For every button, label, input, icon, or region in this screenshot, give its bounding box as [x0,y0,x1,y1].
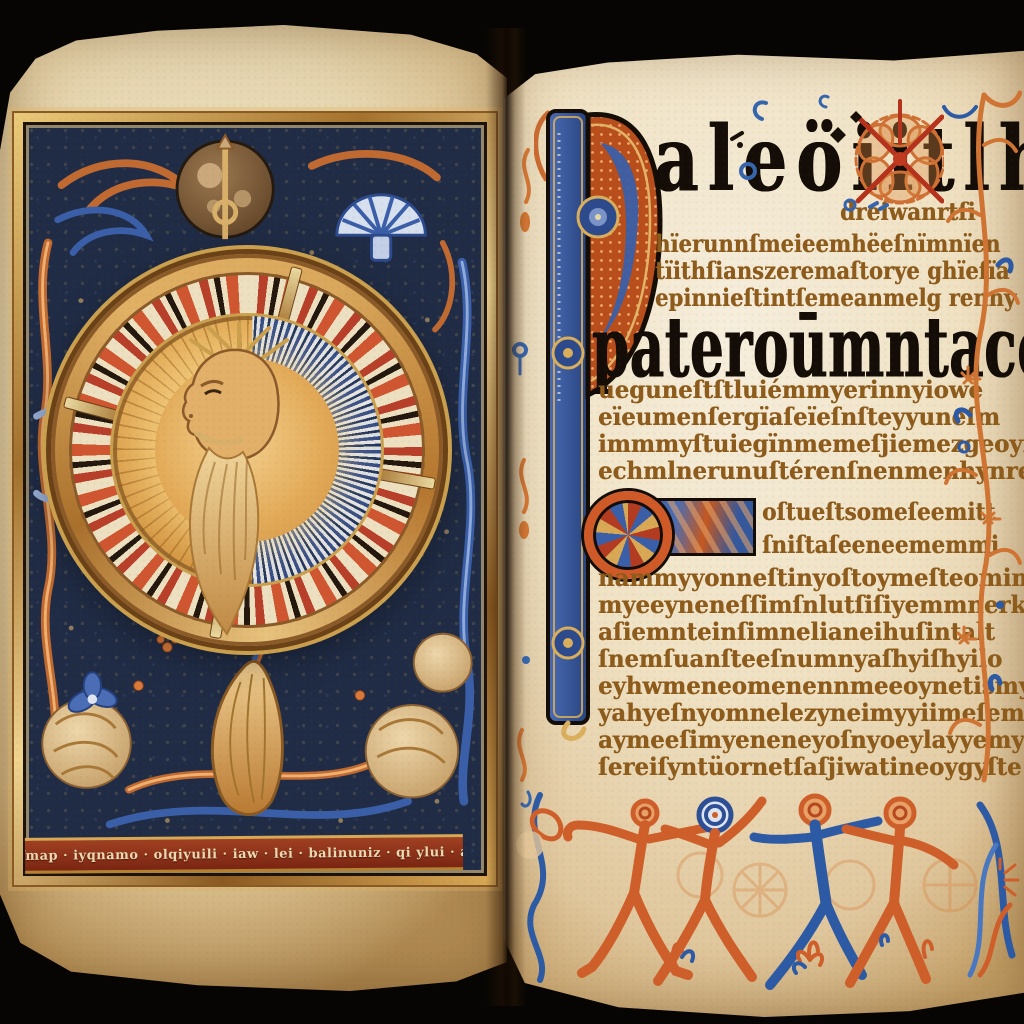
inline-ornament-block [586,494,756,560]
left-page: e ſmap · iyqnamo · olqiyuili · iaw · lei… [0,25,507,991]
sun-medallion [51,254,443,646]
right-page: aleöiitlhē dreiwanrtſi hïerunnſmeieemhëe… [504,45,1024,1017]
left-margin-pendants [508,140,542,820]
manuscript-photo: e ſmap · iyqnamo · olqiyuili · iaw · lei… [0,0,1024,1024]
dancing-figures-border [510,785,1020,1010]
inscription-text: e ſmap · iyqnamo · olqiyuili · iaw · lei… [25,844,463,863]
rosette-flower [730,87,944,262]
inscription-band: e ſmap · iyqnamo · olqiyuili · iaw · lei… [25,834,463,874]
mushroom-ornament [337,195,426,260]
figure-1-orange [567,801,710,975]
illuminated-panel: e ſmap · iyqnamo · olqiyuili · iaw · lei… [14,113,496,885]
margin-floral-border [940,85,1022,790]
sun-face [139,322,339,642]
orb-staff-emblem [177,135,273,239]
